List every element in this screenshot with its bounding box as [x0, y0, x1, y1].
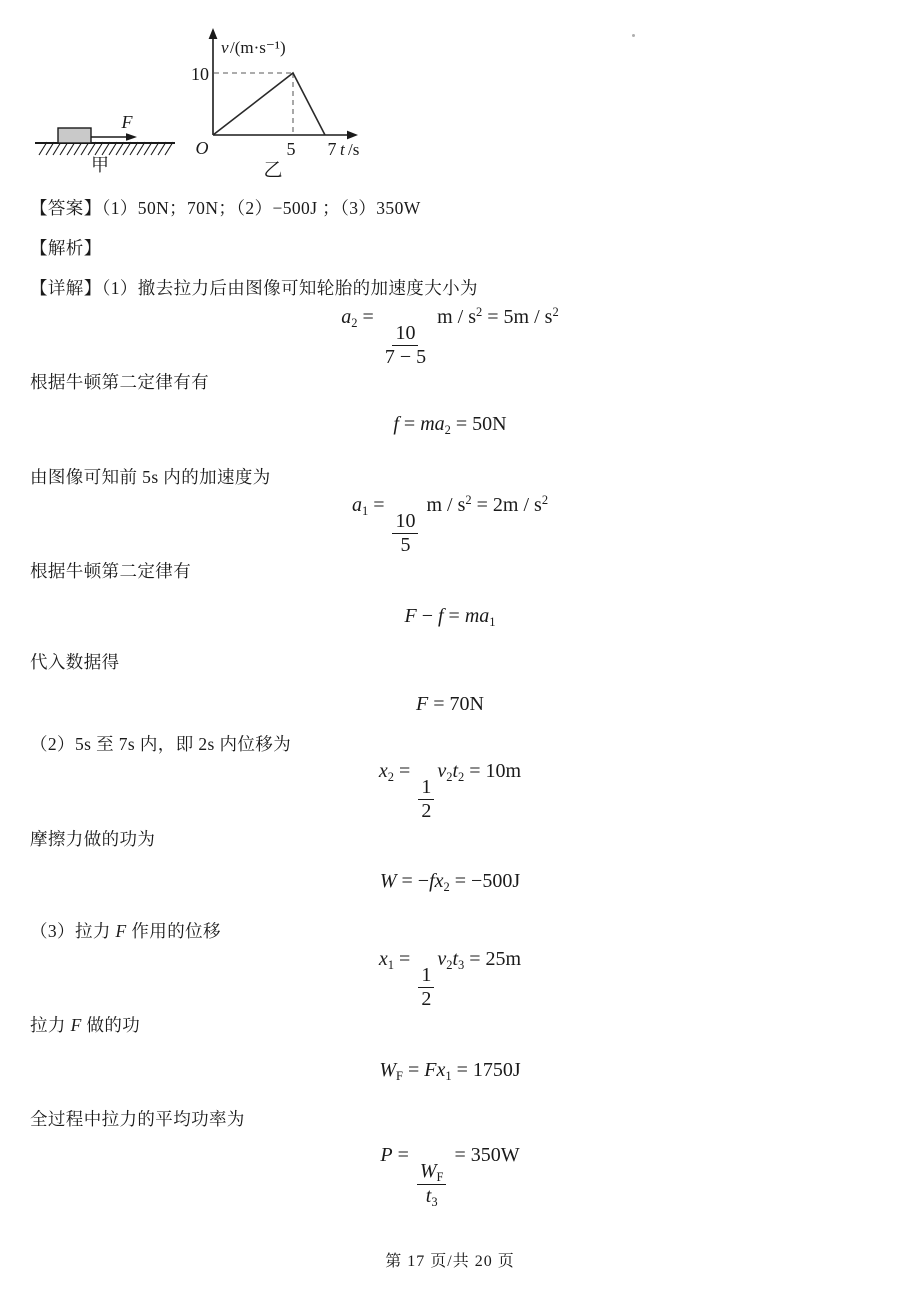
- substitute-data-text: 代入数据得: [30, 651, 870, 673]
- step2-text: （2）5s 至 7s 内，即 2s 内位移为: [30, 733, 870, 755]
- x-axis-label-unit: /s: [348, 140, 359, 159]
- newton-second-law-text-1: 根据牛顿第二定律有有: [30, 371, 870, 393]
- first-5s-acceleration-text: 由图像可知前 5s 内的加速度为: [30, 466, 870, 488]
- detail-step1-text: 【详解】（1）撤去拉力后由图像可知轮胎的加速度大小为: [30, 277, 870, 299]
- equation-a2: a2 = 107 − 5 m / s2 = 5m / s2: [0, 305, 900, 369]
- equation-a1: a1 = 105 m / s2 = 2m / s2: [0, 493, 900, 557]
- equation-WF: WF = Fx1 = 1750J: [0, 1058, 900, 1084]
- equation-friction: f = ma2 = 50N: [0, 412, 900, 438]
- equation-F-minus-f: F − f = ma1: [0, 604, 900, 630]
- equation-x1: x1 = 12v2t3 = 25m: [0, 947, 900, 1011]
- x-axis-label-var: t: [340, 140, 346, 159]
- equation-P: P = WFt3 = 350W: [0, 1143, 900, 1210]
- equation-F-70N: F = 70N: [0, 692, 900, 716]
- equation-x2: x2 = 12v2t2 = 10m: [0, 759, 900, 823]
- force-label: F: [121, 112, 134, 132]
- document-page: F 甲 10 O 5 7 t /s v /(m·s⁻¹) 乙 【答案】（1）50…: [0, 0, 900, 1316]
- friction-work-text: 摩擦力做的功为: [30, 828, 870, 850]
- y-axis-label-var: v: [221, 38, 229, 57]
- equation-W-friction: W = −fx2 = −500J: [0, 869, 900, 895]
- physics-figures-svg: F 甲 10 O 5 7 t /s v /(m·s⁻¹) 乙: [15, 23, 395, 193]
- x-tick-5: 5: [287, 139, 296, 159]
- page-number: 第 17 页/共 20 页: [0, 1248, 900, 1271]
- step3-text: （3）拉力 F 作用的位移: [30, 920, 870, 942]
- page-artifact-dot: [632, 34, 635, 37]
- pull-force-work-text: 拉力 F 做的功: [30, 1014, 870, 1036]
- average-power-text: 全过程中拉力的平均功率为: [30, 1108, 870, 1130]
- analysis-label: 【解析】: [30, 237, 870, 259]
- figure-panel: F 甲 10 O 5 7 t /s v /(m·s⁻¹) 乙: [15, 23, 395, 193]
- y-tick-10: 10: [191, 64, 209, 84]
- block: [58, 128, 91, 143]
- answer-line: 【答案】（1）50N；70N；（2）−500J ；（3）350W: [30, 197, 870, 219]
- v-axis-arrow: [209, 28, 218, 39]
- origin-label: O: [196, 138, 209, 158]
- figure-jia-label: 甲: [91, 155, 109, 175]
- vt-line: [213, 73, 325, 135]
- x-tick-7: 7: [328, 139, 337, 159]
- force-arrow-head: [126, 133, 137, 141]
- t-axis-arrow: [347, 131, 358, 140]
- y-axis-label-unit: /(m·s⁻¹): [230, 38, 286, 57]
- figure-yi-label: 乙: [263, 160, 282, 181]
- newton-second-law-text-2: 根据牛顿第二定律有: [30, 560, 870, 582]
